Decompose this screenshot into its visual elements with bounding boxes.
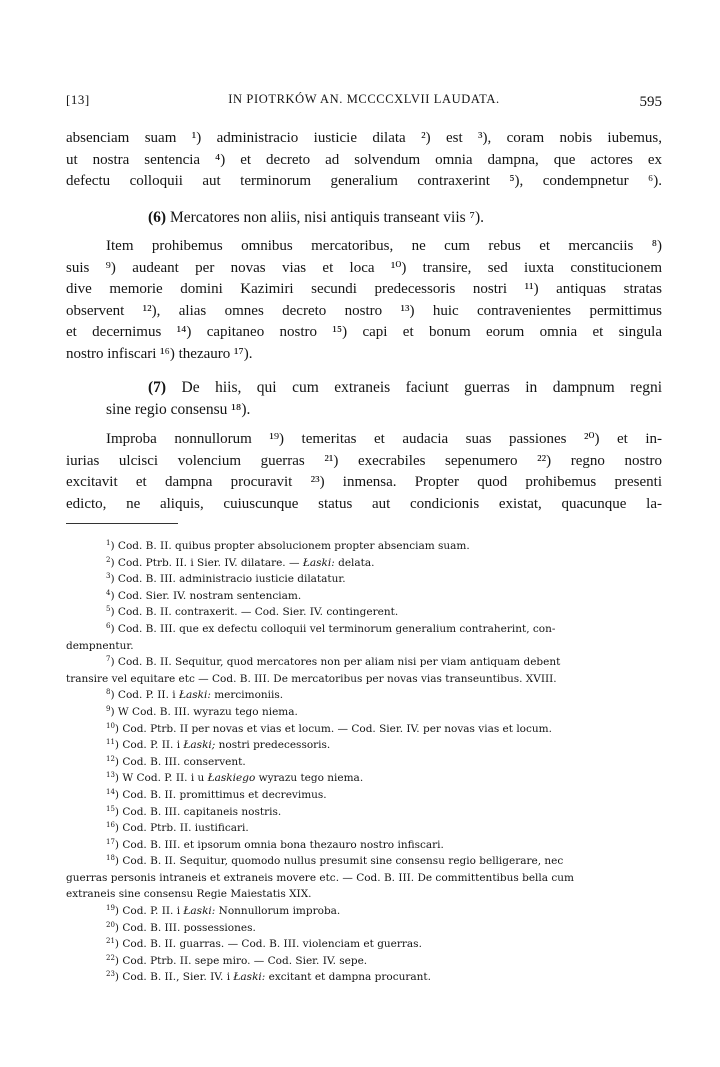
footnote-3: 3) Cod. B. III. administracio iusticie d… bbox=[66, 571, 662, 588]
section-number: (6) bbox=[148, 209, 166, 226]
section-7-body: Improba nonnullorum ¹⁹) temeritas et aud… bbox=[66, 429, 662, 515]
text-line: excitavit et dampna procuravit ²³) inmen… bbox=[66, 472, 662, 494]
footnotes: 1) Cod. B. II. quibus propter absolucion… bbox=[66, 538, 662, 986]
text-line: dive memorie domini Kazimiri secundi pre… bbox=[66, 279, 662, 301]
footnote-20: 20) Cod. B. III. possessiones. bbox=[66, 920, 662, 937]
footnote-22: 22) Cod. Ptrb. II. sepe miro. — Cod. Sie… bbox=[66, 953, 662, 970]
footnote-6-continuation: dempnentur. bbox=[66, 638, 662, 655]
footnote-11: 11) Cod. P. II. i Łaski; nostri predeces… bbox=[66, 737, 662, 754]
footnote-divider bbox=[66, 523, 178, 524]
section-title: Mercatores non aliis, nisi antiquis tran… bbox=[170, 209, 484, 226]
footnote-23: 23) Cod. B. II., Sier. IV. i Łaski: exci… bbox=[66, 969, 662, 986]
running-title: IN PIOTRKÓW AN. MCCCCXLVII LAUDATA. bbox=[66, 92, 662, 107]
footnote-1: 1) Cod. B. II. quibus propter absolucion… bbox=[66, 538, 662, 555]
paragraph-1: absenciam suam ¹) administracio iusticie… bbox=[66, 128, 662, 193]
text-line: ut nostra sentencia ⁴) et decreto ad sol… bbox=[66, 150, 662, 172]
text-line: et decernimus ¹⁴) capitaneo nostro ¹⁵) c… bbox=[66, 322, 662, 344]
footnote-4: 4) Cod. Sier. IV. nostram sentenciam. bbox=[66, 588, 662, 605]
text-line: iurias ulcisci volencium guerras ²¹) exe… bbox=[66, 451, 662, 473]
section-6-body: Item prohibemus omnibus mercatoribus, ne… bbox=[66, 236, 662, 365]
footnote-9: 9) W Cod. B. III. wyrazu tego niema. bbox=[66, 704, 662, 721]
text-line: Improba nonnullorum ¹⁹) temeritas et aud… bbox=[66, 429, 662, 451]
footnote-18: 18) Cod. B. II. Sequitur, quomodo nullus… bbox=[66, 853, 662, 870]
text-line: nostro infiscari ¹⁶) thezauro ¹⁷). bbox=[66, 344, 662, 366]
text-line: defectu colloquii aut terminorum general… bbox=[66, 171, 662, 193]
footnote-15: 15) Cod. B. III. capitaneis nostris. bbox=[66, 804, 662, 821]
document-page: [13] IN PIOTRKÓW AN. MCCCCXLVII LAUDATA.… bbox=[0, 0, 720, 1067]
footnote-2: 2) Cod. Ptrb. II. i Sier. IV. dilatare. … bbox=[66, 555, 662, 572]
footnote-5: 5) Cod. B. II. contraxerit. — Cod. Sier.… bbox=[66, 604, 662, 621]
text-line: Item prohibemus omnibus mercatoribus, ne… bbox=[66, 236, 662, 258]
section-6-heading: (6) Mercatores non aliis, nisi antiquis … bbox=[148, 207, 484, 229]
footnote-7: 7) Cod. B. II. Sequitur, quod mercatores… bbox=[66, 654, 662, 671]
footnote-12: 12) Cod. B. III. conservent. bbox=[66, 754, 662, 771]
text-line: absenciam suam ¹) administracio iusticie… bbox=[66, 128, 662, 150]
footnote-16: 16) Cod. Ptrb. II. iustificari. bbox=[66, 820, 662, 837]
page-number: 595 bbox=[640, 94, 663, 111]
footnote-8: 8) Cod. P. II. i Łaski: mercimoniis. bbox=[66, 687, 662, 704]
text-line: edicto, ne aliquis, cuiuscunque status a… bbox=[66, 494, 662, 516]
text-line: suis ⁹) audeant per novas vias et loca ¹… bbox=[66, 258, 662, 280]
page-header: [13] IN PIOTRKÓW AN. MCCCCXLVII LAUDATA.… bbox=[66, 92, 662, 112]
footnote-18-continuation: guerras personis intraneis et extraneis … bbox=[66, 870, 662, 887]
footnote-6: 6) Cod. B. III. que ex defectu colloquii… bbox=[66, 621, 662, 638]
footnote-7-continuation: transire vel equitare etc — Cod. B. III.… bbox=[66, 671, 662, 688]
footnote-10: 10) Cod. Ptrb. II per novas et vias et l… bbox=[66, 721, 662, 738]
footnote-14: 14) Cod. B. II. promittimus et decrevimu… bbox=[66, 787, 662, 804]
section-number: (7) bbox=[148, 379, 166, 396]
footnote-19: 19) Cod. P. II. i Łaski: Nonnullorum imp… bbox=[66, 903, 662, 920]
section-title: De hiis, qui cum extraneis faciunt guerr… bbox=[182, 379, 662, 396]
footnote-21: 21) Cod. B. II. guarras. — Cod. B. III. … bbox=[66, 936, 662, 953]
footnote-13: 13) W Cod. P. II. i u Łaskiego wyrazu te… bbox=[66, 770, 662, 787]
text-line: observent ¹²), alias omnes decreto nostr… bbox=[66, 301, 662, 323]
section-title-line-2: sine regio consensu ¹⁸). bbox=[106, 399, 662, 421]
section-7-heading: (7) De hiis, qui cum extraneis faciunt g… bbox=[148, 377, 662, 421]
footnote-17: 17) Cod. B. III. et ipsorum omnia bona t… bbox=[66, 837, 662, 854]
footnote-18-continuation-2: extraneis sine consensu Regie Maiestatis… bbox=[66, 886, 662, 903]
